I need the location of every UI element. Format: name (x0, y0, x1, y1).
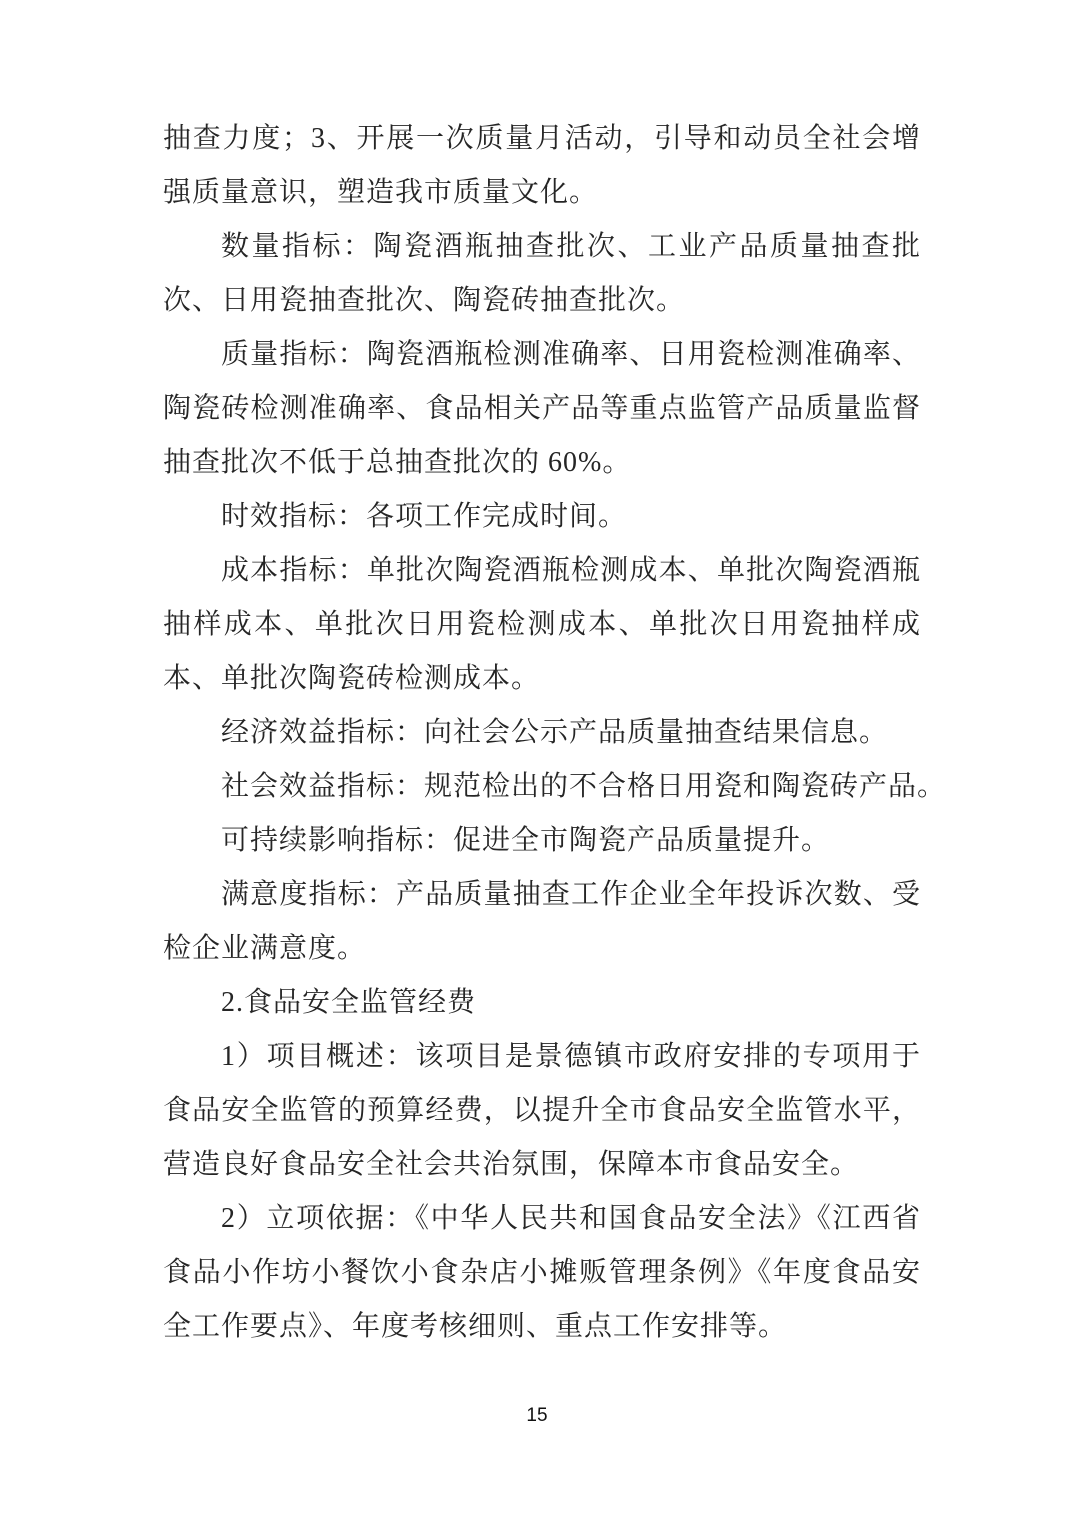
paragraph-continuation: 抽查力度；3、开展一次质量月活动，引导和动员全社会增强质量意识，塑造我市质量文化… (163, 112, 921, 220)
document-page: 抽查力度；3、开展一次质量月活动，引导和动员全社会增强质量意识，塑造我市质量文化… (0, 0, 1074, 1520)
page-number: 15 (0, 1404, 1074, 1428)
document-body: 抽查力度；3、开展一次质量月活动，引导和动员全社会增强质量意识，塑造我市质量文化… (163, 112, 921, 1354)
paragraph-social-benefit-indicator: 社会效益指标：规范检出的不合格日用瓷和陶瓷砖产品。 (163, 760, 921, 814)
paragraph-quality-indicator: 质量指标：陶瓷酒瓶检测准确率、日用瓷检测准确率、陶瓷砖检测准确率、食品相关产品等… (163, 328, 921, 490)
paragraph-economic-benefit-indicator: 经济效益指标：向社会公示产品质量抽查结果信息。 (163, 706, 921, 760)
paragraph-quantity-indicator: 数量指标：陶瓷酒瓶抽查批次、工业产品质量抽查批次、日用瓷抽查批次、陶瓷砖抽查批次… (163, 220, 921, 328)
paragraph-timeliness-indicator: 时效指标：各项工作完成时间。 (163, 490, 921, 544)
paragraph-satisfaction-indicator: 满意度指标：产品质量抽查工作企业全年投诉次数、受检企业满意度。 (163, 868, 921, 976)
paragraph-cost-indicator: 成本指标：单批次陶瓷酒瓶检测成本、单批次陶瓷酒瓶抽样成本、单批次日用瓷检测成本、… (163, 544, 921, 706)
paragraph-project-basis: 2）立项依据：《中华人民共和国食品安全法》《江西省食品小作坊小餐饮小食杂店小摊贩… (163, 1192, 921, 1354)
paragraph-project-overview: 1）项目概述：该项目是景德镇市政府安排的专项用于食品安全监管的预算经费，以提升全… (163, 1030, 921, 1192)
paragraph-section-heading-food-safety: 2.食品安全监管经费 (163, 976, 921, 1030)
paragraph-sustainability-indicator: 可持续影响指标：促进全市陶瓷产品质量提升。 (163, 814, 921, 868)
